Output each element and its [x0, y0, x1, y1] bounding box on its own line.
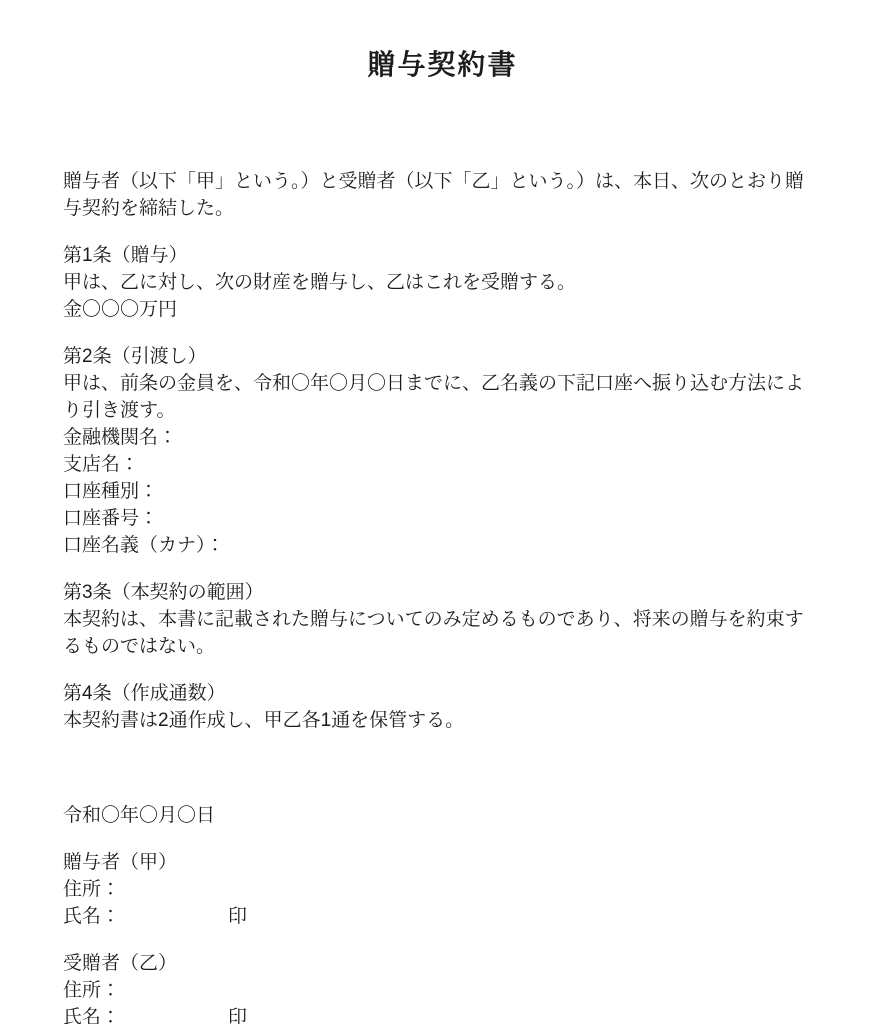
article-3-scope: 第3条（本契約の範囲） 本契約は、本書に記載された贈与についてのみ定めるものであ…: [63, 579, 822, 660]
intro-paragraph: 贈与者（以下「甲」という。）と受贈者（以下「乙」という。）は、本日、次のとおり贈…: [63, 168, 822, 222]
article-2-delivery: 第2条（引渡し） 甲は、前条の金員を、令和〇年〇月〇日までに、乙名義の下記口座へ…: [63, 343, 822, 559]
name-line: 氏名：印: [63, 903, 822, 930]
name-line: 氏名：印: [63, 1004, 822, 1024]
article-line-amount: 金〇〇〇万円: [63, 296, 822, 323]
name-label: 氏名：: [63, 1004, 228, 1024]
party-label-donee: 受贈者（乙）: [63, 950, 822, 977]
article-line: 甲は、前条の金員を、令和〇年〇月〇日までに、乙名義の下記口座へ振り込む方法により…: [63, 370, 822, 424]
party-label-donor: 贈与者（甲）: [63, 849, 822, 876]
contract-page: 贈与契約書 贈与者（以下「甲」という。）と受贈者（以下「乙」という。）は、本日、…: [0, 0, 883, 1024]
article-1-gift: 第1条（贈与） 甲は、乙に対し、次の財産を贈与し、乙はこれを受贈する。 金〇〇〇…: [63, 242, 822, 323]
article-4-copies: 第4条（作成通数） 本契約書は2通作成し、甲乙各1通を保管する。: [63, 680, 822, 734]
name-label: 氏名：: [63, 903, 228, 930]
article-heading: 第3条（本契約の範囲）: [63, 579, 822, 606]
seal-mark: 印: [228, 1004, 247, 1024]
signature-block-donor: 贈与者（甲） 住所： 氏名：印: [63, 849, 822, 930]
address-label: 住所：: [63, 876, 822, 903]
article-heading: 第4条（作成通数）: [63, 680, 822, 707]
article-line: 本契約は、本書に記載された贈与についてのみ定めるものであり、将来の贈与を約束する…: [63, 606, 822, 660]
bank-name-label: 金融機関名：: [63, 424, 822, 451]
article-line: 本契約書は2通作成し、甲乙各1通を保管する。: [63, 707, 822, 734]
branch-name-label: 支店名：: [63, 451, 822, 478]
account-type-label: 口座種別：: [63, 478, 822, 505]
document-title: 贈与契約書: [63, 48, 822, 82]
account-holder-kana-label: 口座名義（カナ）：: [63, 532, 822, 559]
account-number-label: 口座番号：: [63, 505, 822, 532]
address-label: 住所：: [63, 977, 822, 1004]
article-line: 甲は、乙に対し、次の財産を贈与し、乙はこれを受贈する。: [63, 269, 822, 296]
seal-mark: 印: [228, 903, 247, 930]
signature-block-donee: 受贈者（乙） 住所： 氏名：印: [63, 950, 822, 1024]
article-heading: 第2条（引渡し）: [63, 343, 822, 370]
contract-date-line: 令和〇年〇月〇日: [63, 802, 822, 829]
article-heading: 第1条（贈与）: [63, 242, 822, 269]
